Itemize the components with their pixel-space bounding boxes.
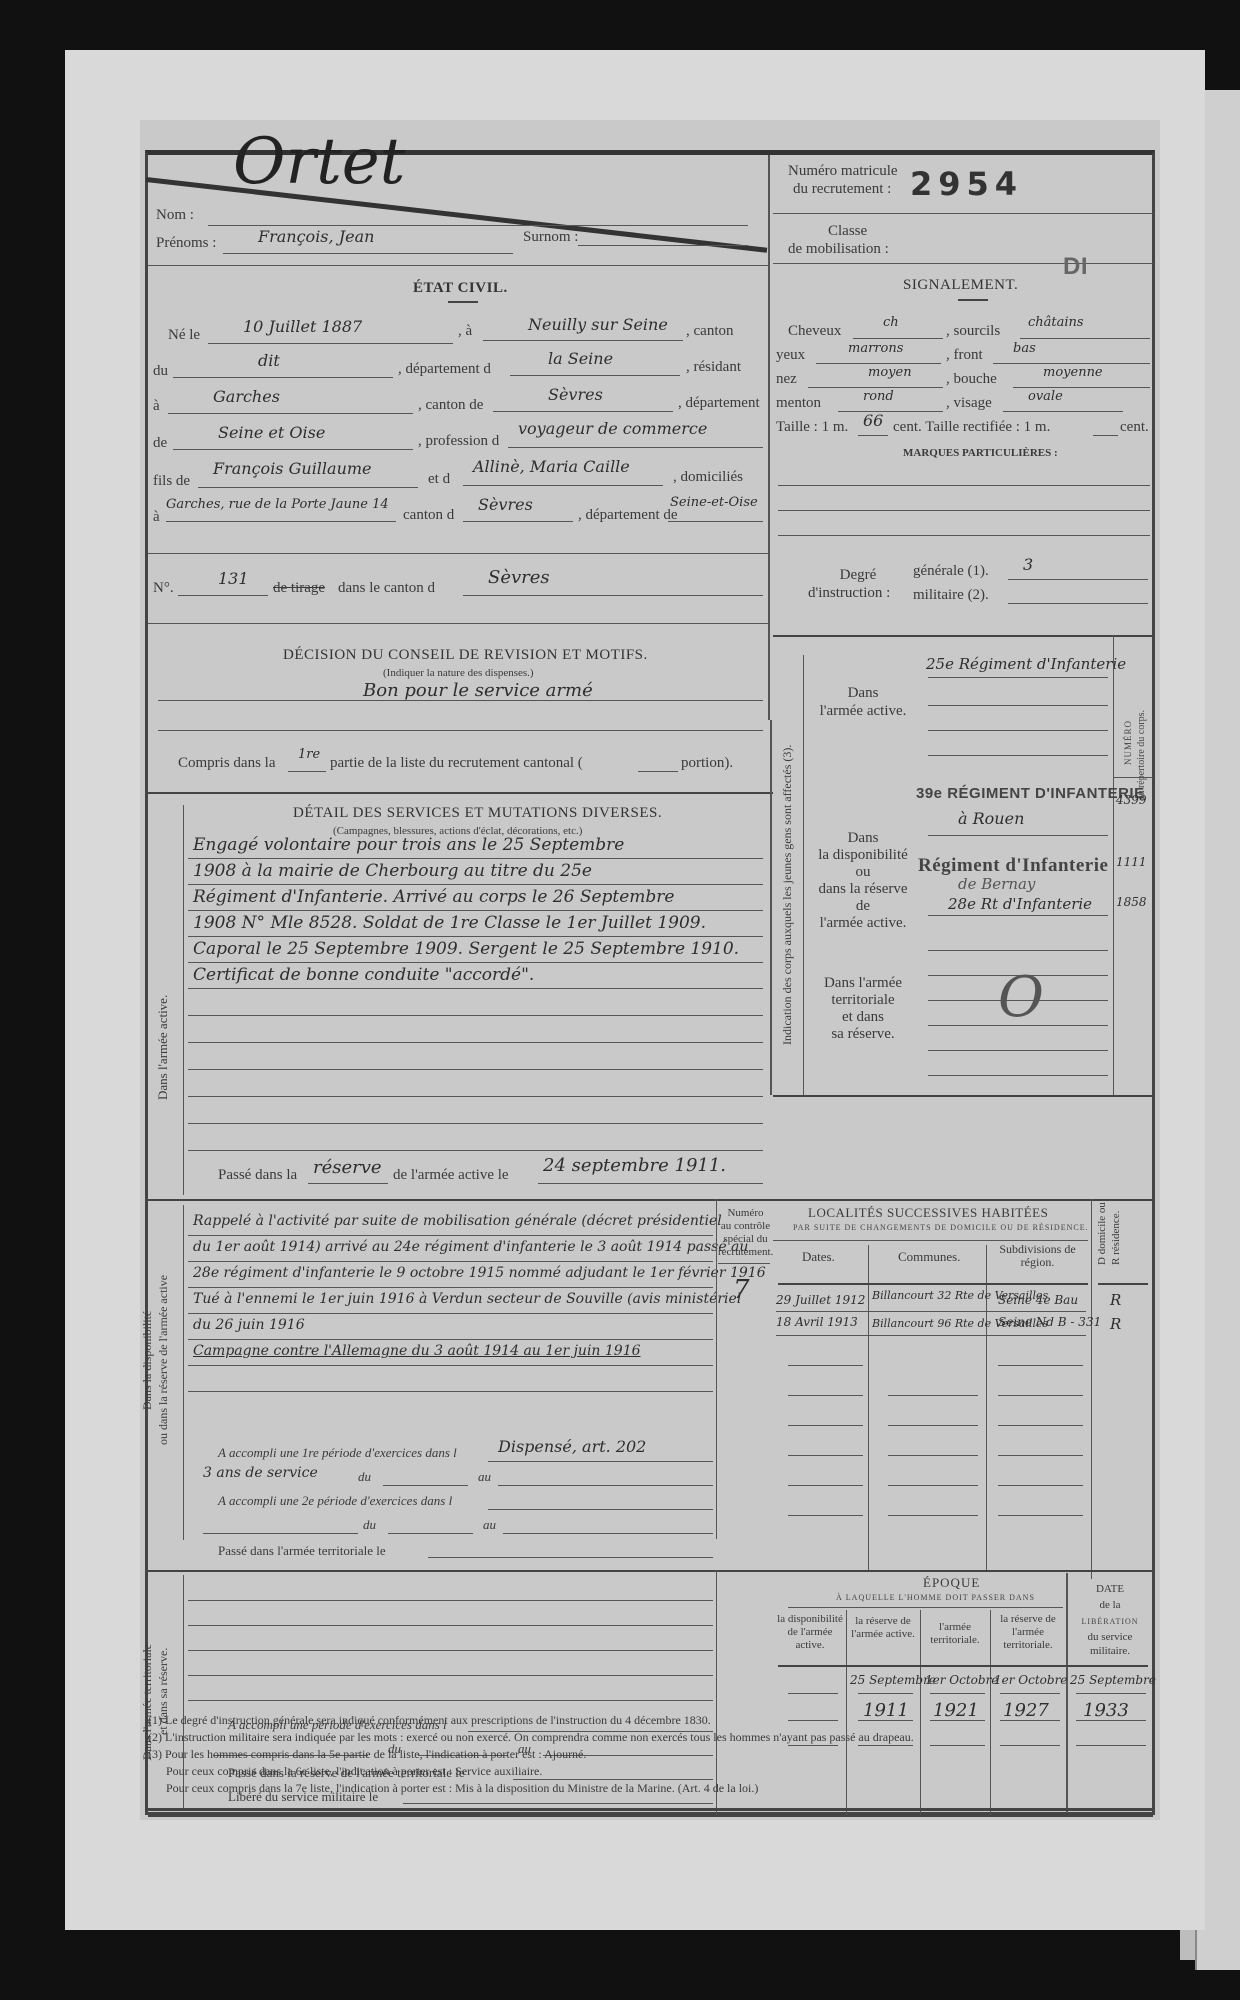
residant-label: , résidant xyxy=(686,359,741,376)
residence-departement: Seine et Oise xyxy=(218,423,325,442)
reserve-side-label-1: Dans la disponibilité xyxy=(140,1311,155,1410)
terr-label-2: territoriale xyxy=(803,992,923,1009)
date-header-4: du service xyxy=(1070,1631,1150,1643)
dispo-label-1: Dans xyxy=(803,830,923,847)
reserve-line-3: 28e régiment d'infanterie le 9 octobre 1… xyxy=(193,1265,766,1281)
et-de-label: et d xyxy=(428,471,450,488)
canton-de-label: , canton de xyxy=(418,397,483,414)
di-stamp: DI xyxy=(1063,253,1088,281)
dispo-regiment-stamp-1: 39e RÉGIMENT D'INFANTERIE xyxy=(916,785,1145,802)
dispo-label-2: la disponibilité xyxy=(803,847,923,864)
sourcils-value: châtains xyxy=(1028,315,1084,330)
epoque-col-reserve-active: la réserve de l'armée active. xyxy=(848,1615,918,1641)
sourcils-label: , sourcils xyxy=(946,323,1000,340)
degre-label-1: Degré xyxy=(818,567,898,584)
periode1-au-label: au xyxy=(478,1469,491,1485)
dispo-numero-2: 1111 xyxy=(1116,855,1147,869)
departement2-label: , département xyxy=(678,395,760,412)
passe-date: 24 septembre 1911. xyxy=(543,1155,726,1176)
etat-civil-title: ÉTAT CIVIL. xyxy=(413,280,508,297)
menton-value: rond xyxy=(863,389,894,404)
marques-label: MARQUES PARTICULIÈRES : xyxy=(903,447,1058,459)
parents-departement: Seine-et-Oise xyxy=(670,495,758,510)
residence-canton: Sèvres xyxy=(548,385,603,404)
matricule-label-2: du recrutement : xyxy=(793,181,891,198)
degre-label-2: d'instruction : xyxy=(808,585,890,602)
services-title: DÉTAIL DES SERVICES ET MUTATIONS DIVERSE… xyxy=(293,805,662,822)
date-header-3: LIBÉRATION xyxy=(1070,1617,1150,1626)
localite-subdivision: Seine Nd B - 331 xyxy=(998,1315,1101,1329)
active-label-1: Dans xyxy=(808,685,918,702)
reserve-line-4: Tué à l'ennemi le 1er juin 1916 à Verdun… xyxy=(193,1291,741,1307)
father-name: François Guillaume xyxy=(213,459,372,478)
localite-date: 29 Juillet 1912 xyxy=(776,1293,865,1307)
parents-address: Garches, rue de la Porte Jaune 14 xyxy=(166,497,389,512)
reserve-line-2: du 1er août 1914) arrivé au 24e régiment… xyxy=(193,1239,748,1255)
passe-label: Passé dans la xyxy=(218,1167,297,1184)
epoque-reserve-active-day: 25 Septembre xyxy=(850,1673,936,1687)
localites-type-header-1: D domicile ou xyxy=(1096,1202,1108,1265)
signalement-title: SIGNALEMENT. xyxy=(903,277,1018,294)
reserve-line-5: du 26 juin 1916 xyxy=(193,1317,305,1333)
liberation-day: 25 Septembre xyxy=(1070,1673,1156,1687)
instruction-generale-value: 3 xyxy=(1023,555,1033,574)
ne-le-label: Né le xyxy=(168,327,200,344)
instruction-generale-label: générale (1). xyxy=(913,563,989,580)
date-header-1: DATE xyxy=(1070,1583,1150,1595)
yeux-value: marrons xyxy=(848,341,903,356)
matricule-label-1: Numéro matricule xyxy=(788,163,898,180)
decision-title: DÉCISION DU CONSEIL DE REVISION ET MOTIF… xyxy=(283,647,648,664)
periode2-label: A accompli une 2e période d'exercices da… xyxy=(218,1493,452,1509)
passe-value: réserve xyxy=(313,1157,382,1178)
periode1-value: Dispensé, art. 202 xyxy=(498,1437,646,1456)
nom-label: Nom : xyxy=(156,207,194,224)
localite-type: R xyxy=(1110,1315,1121,1333)
reserve-numero-header-1: Numéro xyxy=(718,1207,773,1219)
epoque-col-reserve-territoriale: la réserve de l'armée territoriale. xyxy=(992,1613,1064,1652)
prenoms-label: Prénoms : xyxy=(156,235,216,252)
classe-label-2: de mobilisation : xyxy=(788,241,889,258)
localites-col-dates: Dates. xyxy=(802,1249,835,1265)
visage-label: , visage xyxy=(946,395,992,412)
taille-label: Taille : 1 m. xyxy=(776,419,848,436)
periode2-au-label: au xyxy=(483,1517,496,1533)
service-line-5: Caporal le 25 Septembre 1909. Sergent le… xyxy=(193,939,739,959)
departement-label: , département d xyxy=(398,361,491,378)
dans-canton-label: dans le canton d xyxy=(338,580,435,597)
periode2-du-label: du xyxy=(363,1517,376,1533)
dispo-numero-3: 1858 xyxy=(1116,895,1147,909)
reserve-numero-value: 7 xyxy=(733,1275,750,1305)
tirage-canton: Sèvres xyxy=(488,567,550,588)
epoque-reserve-terr-day: 1er Octobre xyxy=(994,1673,1067,1687)
partie-value: 1re xyxy=(298,747,320,762)
epoque-subtitle: À LAQUELLE L'HOMME DOIT PASSER DANS xyxy=(836,1593,1035,1602)
date-header-2: de la xyxy=(1070,1599,1150,1611)
birth-place: Neuilly sur Seine xyxy=(528,315,668,334)
decision-subtitle: (Indiquer la nature des dispenses.) xyxy=(383,667,534,679)
taille-rectifiee-label: cent. Taille rectifiée : 1 m. xyxy=(893,419,1050,436)
nez-label: nez xyxy=(776,371,797,388)
a2-label: à xyxy=(153,398,160,415)
localites-subtitle: PAR SUITE DE CHANGEMENTS DE DOMICILE OU … xyxy=(793,1223,1089,1232)
birth-canton: dit xyxy=(258,351,280,370)
form-bottom-border xyxy=(145,1808,1155,1811)
mother-name: Allinè, Maria Caille xyxy=(473,457,630,476)
periode1-du-label: du xyxy=(358,1469,371,1485)
no-label: N°. xyxy=(153,580,174,597)
fils-de-label: fils de xyxy=(153,473,190,490)
a-label: , à xyxy=(458,323,472,340)
service-line-6: Certificat de bonne conduite "accordé". xyxy=(193,965,534,985)
surnom-label: Surnom : xyxy=(523,229,578,246)
dispo-label-6: l'armée active. xyxy=(803,915,923,932)
partie-suffix: partie de la liste du recrutement canton… xyxy=(330,755,583,772)
localites-title: LOCALITÉS SUCCESSIVES HABITÉES xyxy=(808,1205,1048,1221)
date-header-5: militaire. xyxy=(1070,1645,1150,1657)
dispo-label-4: dans la réserve xyxy=(803,881,923,898)
profession-label: , profession d xyxy=(418,433,499,450)
de-label: de xyxy=(153,435,167,452)
menton-label: menton xyxy=(776,395,821,412)
classe-label-1: Classe xyxy=(828,223,867,240)
footnote-2: (2) L'instruction militaire sera indiqué… xyxy=(148,1729,1148,1746)
active-regiment: 25e Régiment d'Infanterie xyxy=(926,655,1126,673)
nez-value: moyen xyxy=(868,365,912,380)
parents-canton: Sèvres xyxy=(478,495,533,514)
numero-header-1: NUMÉRO xyxy=(1123,720,1133,765)
reserve-numero-header-2: au contrôle xyxy=(718,1220,773,1232)
dispo-regiment-stamp-2: Régiment d'Infanterie xyxy=(918,855,1108,877)
canton-label: , canton xyxy=(686,323,733,340)
taille-value: 66 xyxy=(863,411,883,430)
epoque-title: ÉPOQUE xyxy=(923,1575,980,1591)
canton-d-label: canton d xyxy=(403,507,454,524)
du-label: du xyxy=(153,363,168,380)
epoque-territoriale-day: 1er Octobre xyxy=(925,1673,998,1687)
decision-value: Bon pour le service armé xyxy=(363,680,593,701)
passe-territoriale-label: Passé dans l'armée territoriale le xyxy=(218,1543,386,1559)
departement3-label: , département de xyxy=(578,507,678,524)
reserve-line-6: Campagne contre l'Allemagne du 3 août 19… xyxy=(193,1343,641,1359)
front-label: , front xyxy=(946,347,983,364)
bouche-value: moyenne xyxy=(1043,365,1103,380)
surname-handwritten: Ortet xyxy=(233,125,405,199)
footnote-3: (3) Pour les hommes compris dans la 5e p… xyxy=(148,1746,1148,1763)
portion-suffix: portion). xyxy=(681,755,733,772)
a3-label: à xyxy=(153,509,160,526)
birth-date: 10 Juillet 1887 xyxy=(243,317,362,336)
localite-subdivision: Seine 4e Bau xyxy=(998,1293,1078,1307)
affectations-side-label: Indication des corps auxquels les jeunes… xyxy=(780,745,795,1045)
dispo-label-5: de xyxy=(803,898,923,915)
passe-suffix: de l'armée active le xyxy=(393,1167,509,1184)
reserve-side-label-2: ou dans la réserve de l'armée active xyxy=(156,1275,171,1445)
cheveux-label: Cheveux xyxy=(788,323,841,340)
front-value: bas xyxy=(1013,341,1036,356)
matricule-number: 2954 xyxy=(910,165,1023,203)
reserve-numero-header-3: spécial du xyxy=(718,1233,773,1245)
dispo-regiment-3: 28e Rt d'Infanterie xyxy=(948,895,1092,913)
terr-label-3: et dans xyxy=(803,1009,923,1026)
footnote-3c: Pour ceux compris dans la 7e liste, l'in… xyxy=(148,1780,1148,1797)
birth-departement: la Seine xyxy=(548,349,613,368)
footnote-1: (1) Le degré d'instruction générale sera… xyxy=(148,1712,1148,1729)
periode1-note: 3 ans de service xyxy=(203,1465,318,1481)
reserve-numero-header-4: recrutement. xyxy=(718,1246,773,1258)
reserve-line-1: Rappelé à l'activité par suite de mobili… xyxy=(193,1213,722,1229)
domicilies-label: , domiciliés xyxy=(673,469,743,486)
bouche-label: , bouche xyxy=(946,371,997,388)
tirage-label: de tirage xyxy=(273,580,325,597)
service-line-2: 1908 à la mairie de Cherbourg au titre d… xyxy=(193,861,592,881)
localites-type-header-2: R résidence. xyxy=(1110,1211,1122,1265)
localites-col-communes: Communes. xyxy=(898,1249,960,1265)
tirage-number: 131 xyxy=(218,569,249,588)
service-line-4: 1908 N° Mle 8528. Soldat de 1re Classe l… xyxy=(193,913,706,933)
cheveux-value: ch xyxy=(883,315,899,330)
footnote-3b: Pour ceux compris dans la 6e liste, l'in… xyxy=(148,1763,1148,1780)
surname-strikethrough xyxy=(146,177,768,253)
localite-date: 18 Avril 1913 xyxy=(776,1315,858,1329)
active-label-2: l'armée active. xyxy=(808,703,918,720)
footnotes: (1) Le degré d'instruction générale sera… xyxy=(148,1712,1148,1797)
periode1-label: A accompli une 1re période d'exercices d… xyxy=(218,1445,457,1461)
services-side-label: Dans l'armée active. xyxy=(155,995,171,1100)
prenoms-value: François, Jean xyxy=(258,227,374,246)
localites-col-subdivisions: Subdivisions de région. xyxy=(990,1243,1085,1269)
yeux-label: yeux xyxy=(776,347,805,364)
residence: Garches xyxy=(213,387,280,406)
terr-label-1: Dans l'armée xyxy=(803,975,923,992)
terr-label-4: sa réserve. xyxy=(803,1026,923,1043)
localite-type: R xyxy=(1110,1291,1121,1309)
epoque-col-disponibilite: la disponibilité de l'armée active. xyxy=(776,1613,844,1652)
compris-label: Compris dans la xyxy=(178,755,276,772)
military-register-form: Ortet Nom : Prénoms : François, Jean Sur… xyxy=(145,150,1155,1815)
instruction-militaire-label: militaire (2). xyxy=(913,587,989,604)
epoque-col-territoriale: l'armée territoriale. xyxy=(922,1621,988,1647)
dispo-location-1: à Rouen xyxy=(958,809,1024,828)
dispo-numero-1: 4399 xyxy=(1116,793,1147,807)
cent-label: cent. xyxy=(1120,419,1149,436)
dispo-label-3: ou xyxy=(803,864,923,881)
profession: voyageur de commerce xyxy=(518,419,707,438)
service-line-1: Engagé volontaire pour trois ans le 25 S… xyxy=(193,835,624,855)
service-line-3: Régiment d'Infanterie. Arrivé au corps l… xyxy=(193,887,675,907)
visage-value: ovale xyxy=(1028,389,1063,404)
dispo-location-2: de Bernay xyxy=(958,875,1035,893)
